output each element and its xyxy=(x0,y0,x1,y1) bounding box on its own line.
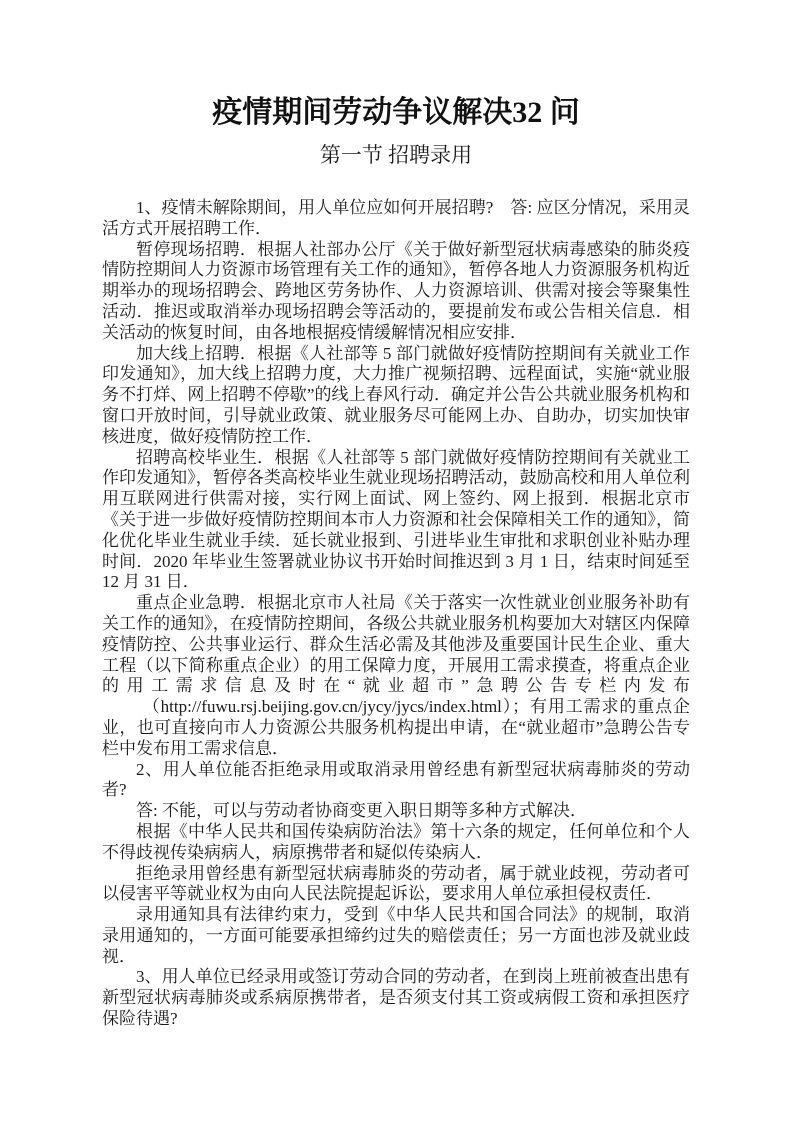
paragraph: 录用通知具有法律约束力，受到《中华人民共和国合同法》的规制，取消录用通知的，一方… xyxy=(102,905,690,967)
paragraph: 1、疫情未解除期间，用人单位应如何开展招聘? 答: 应区分情况，采用灵活方式开展… xyxy=(102,198,690,240)
document-body: 1、疫情未解除期间，用人单位应如何开展招聘? 答: 应区分情况，采用灵活方式开展… xyxy=(102,198,690,1030)
page-title: 疫情期间劳动争议解决32 问 xyxy=(102,95,690,131)
section-subtitle: 第一节 招聘录用 xyxy=(102,142,690,168)
paragraph: 3、用人单位已经录用或签订劳动合同的劳动者，在到岗上班前被查出患有新型冠状病毒肺… xyxy=(102,967,690,1029)
paragraph: 拒绝录用曾经患有新型冠状病毒肺炎的劳动者，属于就业歧视，劳动者可以侵害平等就业权… xyxy=(102,864,690,906)
paragraph: 2、用人单位能否拒绝录用或取消录用曾经患有新型冠状病毒肺炎的劳动者? xyxy=(102,760,690,802)
paragraph: 招聘高校毕业生．根据《人社部等 5 部门就做好疫情防控期间有关就业工作印发通知》… xyxy=(102,448,690,594)
paragraph: 答: 不能，可以与劳动者协商变更入职日期等多种方式解决． xyxy=(102,801,690,822)
paragraph: 暂停现场招聘．根据人社部办公厅《关于做好新型冠状病毒感染的肺炎疫情防控期间人力资… xyxy=(102,240,690,344)
paragraph: 根据《中华人民共和国传染病防治法》第十六条的规定，任何单位和个人不得歧视传染病病… xyxy=(102,822,690,864)
paragraph: 加大线上招聘．根据《人社部等 5 部门就做好疫情防控期间有关就业工作印发通知》，… xyxy=(102,344,690,448)
document-page: 疫情期间劳动争议解决32 问 第一节 招聘录用 1、疫情未解除期间，用人单位应如… xyxy=(0,0,793,1122)
paragraph: （http://fuwu.rsj.beijing.gov.cn/jycy/jyc… xyxy=(102,697,690,759)
paragraph: 重点企业急聘．根据北京市人社局《关于落实一次性就业创业服务补助有关工作的通知》，… xyxy=(102,593,690,697)
